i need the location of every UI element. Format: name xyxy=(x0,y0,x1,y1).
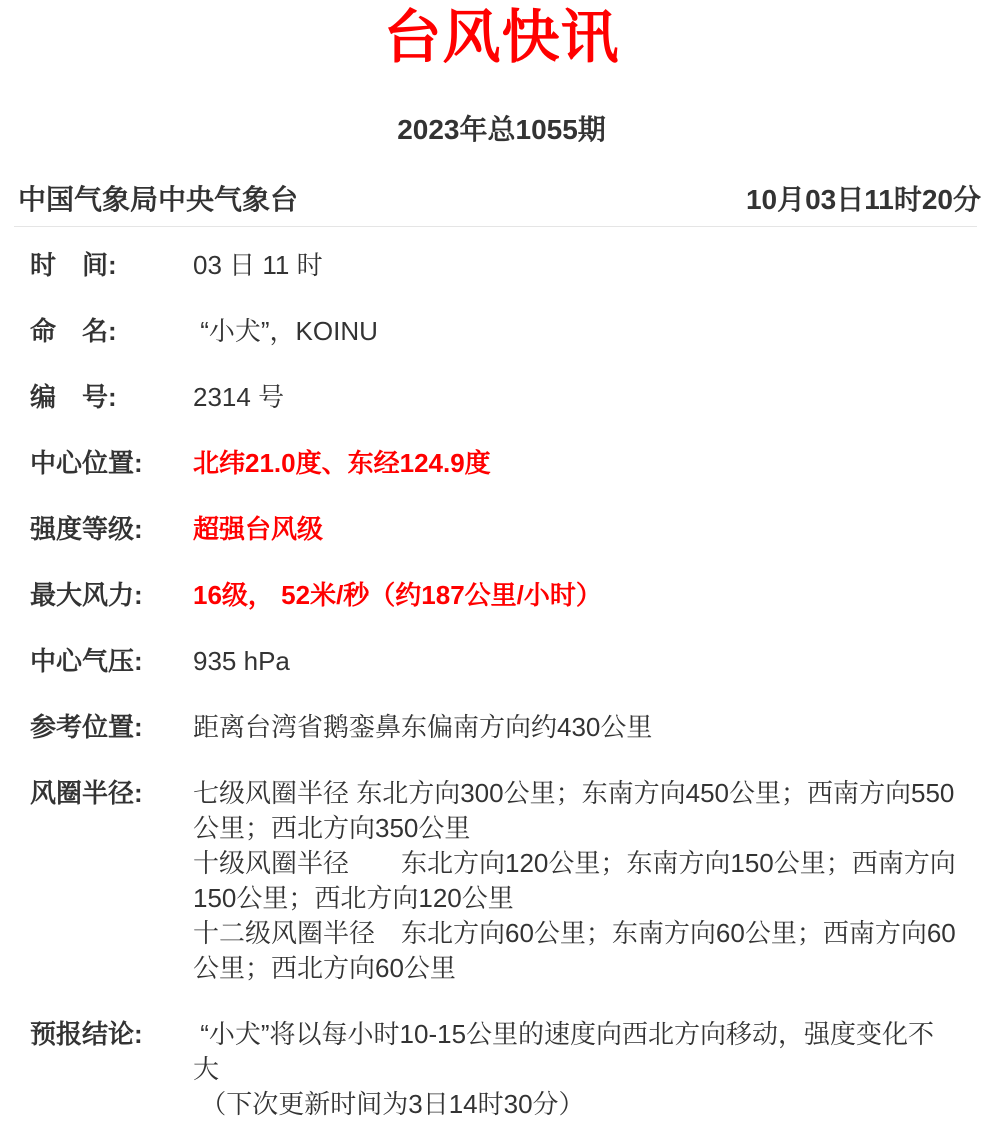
divider-line xyxy=(14,226,977,227)
field-value-max-wind: 16级， 52米/秒（约187公里/小时） xyxy=(193,578,1003,613)
field-value-name: “小犬”，KOINU xyxy=(193,314,1003,349)
field-label-number: 编 号: xyxy=(30,380,193,415)
byline: 中国气象局中央气象台 10月03日11时20分 xyxy=(0,182,1003,218)
field-row-time: 时 间: 03 日 11 时 xyxy=(0,248,1003,283)
field-row-name: 命 名: “小犬”，KOINU xyxy=(0,314,1003,349)
field-row-number: 编 号: 2314 号 xyxy=(0,380,1003,415)
agency-name: 中国气象局中央气象台 xyxy=(18,182,298,218)
field-label-forecast-conclusion: 预报结论: xyxy=(30,1017,193,1052)
field-row-reference-position: 参考位置: 距离台湾省鹅銮鼻东偏南方向约430公里 xyxy=(0,710,1003,745)
field-value-wind-circle-radius: 七级风圈半径 东北方向300公里；东南方向450公里；西南方向550 公里；西北… xyxy=(193,776,1003,986)
field-row-intensity-grade: 强度等级: 超强台风级 xyxy=(0,512,1003,547)
field-label-wind-circle-radius: 风圈半径: xyxy=(30,776,193,811)
field-label-intensity-grade: 强度等级: xyxy=(30,512,193,547)
field-label-max-wind: 最大风力: xyxy=(30,578,193,613)
field-row-center-position: 中心位置: 北纬21.0度、东经124.9度 xyxy=(0,446,1003,481)
issue-datetime: 10月03日11时20分 xyxy=(746,182,981,218)
field-row-forecast-conclusion: 预报结论: “小犬”将以每小时10-15公里的速度向西北方向移动，强度变化不 大… xyxy=(0,1017,1003,1122)
field-row-wind-circle-radius: 风圈半径: 七级风圈半径 东北方向300公里；东南方向450公里；西南方向550… xyxy=(0,776,1003,986)
bulletin-fields: 时 间: 03 日 11 时 命 名: “小犬”，KOINU 编 号: 2314… xyxy=(0,248,1003,1122)
field-value-center-position: 北纬21.0度、东经124.9度 xyxy=(193,446,1003,481)
field-row-center-pressure: 中心气压: 935 hPa xyxy=(0,644,1003,679)
page-title: 台风快讯 xyxy=(0,6,1003,70)
field-row-max-wind: 最大风力: 16级， 52米/秒（约187公里/小时） xyxy=(0,578,1003,613)
typhoon-bulletin-page: 台风快讯 2023年总1055期 中国气象局中央气象台 10月03日11时20分… xyxy=(0,6,1003,1145)
field-value-reference-position: 距离台湾省鹅銮鼻东偏南方向约430公里 xyxy=(193,710,1003,745)
field-value-number: 2314 号 xyxy=(193,380,1003,415)
field-value-center-pressure: 935 hPa xyxy=(193,644,1003,679)
field-value-time: 03 日 11 时 xyxy=(193,248,1003,283)
field-label-time: 时 间: xyxy=(30,248,193,283)
field-value-intensity-grade: 超强台风级 xyxy=(193,512,1003,547)
field-label-name: 命 名: xyxy=(30,314,193,349)
field-label-center-pressure: 中心气压: xyxy=(30,644,193,679)
field-label-center-position: 中心位置: xyxy=(30,446,193,481)
issue-number: 2023年总1055期 xyxy=(0,112,1003,148)
field-value-forecast-conclusion: “小犬”将以每小时10-15公里的速度向西北方向移动，强度变化不 大 （下次更新… xyxy=(193,1017,1003,1122)
field-label-reference-position: 参考位置: xyxy=(30,710,193,745)
